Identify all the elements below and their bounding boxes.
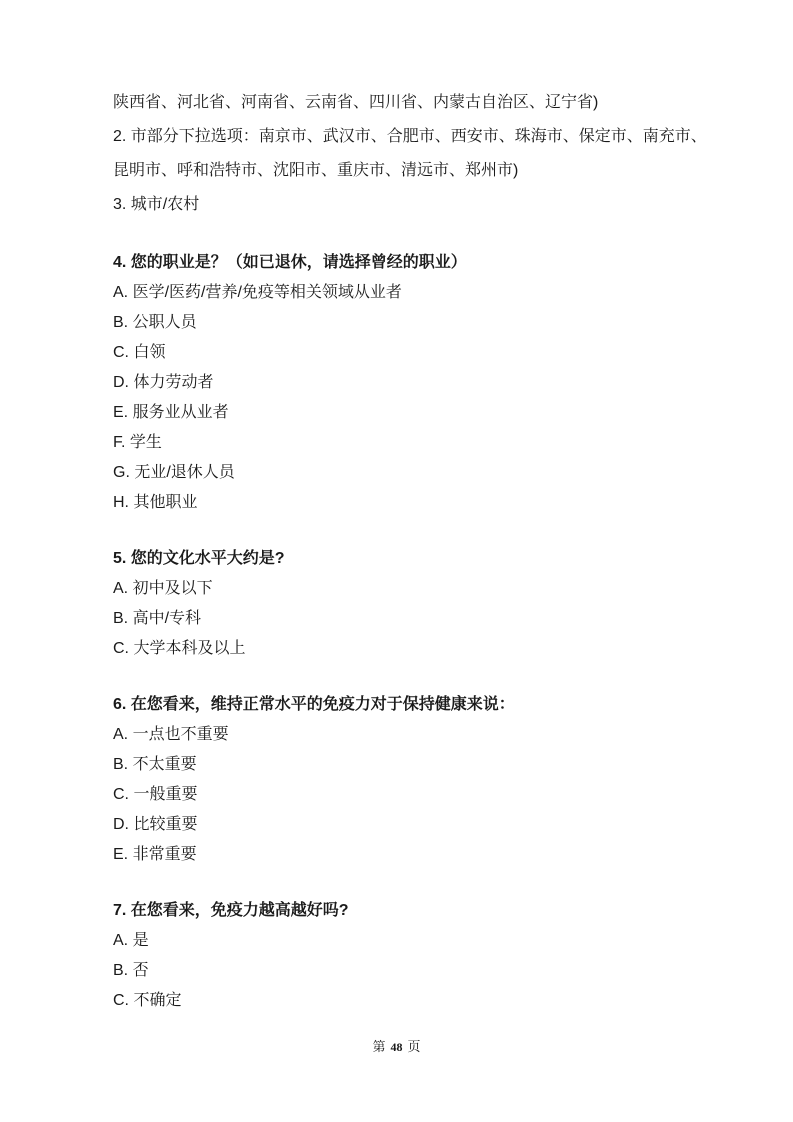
question-title: 5. 您的文化水平大约是? [113, 544, 737, 574]
page-footer: 第48页 [0, 1036, 793, 1055]
question-option: E. 服务业从业者 [113, 398, 737, 428]
question-option: B. 公职人员 [113, 308, 737, 338]
question-option: G. 无业/退休人员 [113, 458, 737, 488]
text-line: 陕西省、河北省、河南省、云南省、四川省、内蒙古自治区、辽宁省) [113, 86, 737, 120]
question-option: A. 是 [113, 926, 737, 956]
question-option: F. 学生 [113, 428, 737, 458]
question-option: C. 白领 [113, 338, 737, 368]
question-option: E. 非常重要 [113, 840, 737, 870]
question-option: B. 高中/专科 [113, 604, 737, 634]
question-title: 7. 在您看来，免疫力越高越好吗? [113, 896, 737, 926]
page-number: 48 [391, 1040, 403, 1054]
question-title: 4. 您的职业是？（如已退休，请选择曾经的职业） [113, 248, 737, 278]
question-block-4: 4. 您的职业是？（如已退休，请选择曾经的职业） A. 医学/医药/营养/免疫等… [113, 248, 737, 518]
page-number-suffix: 页 [408, 1039, 421, 1054]
question-option: D. 体力劳动者 [113, 368, 737, 398]
question-option: A. 一点也不重要 [113, 720, 737, 750]
text-line: 昆明市、呼和浩特市、沈阳市、重庆市、清远市、郑州市) [113, 154, 737, 188]
document-content: 陕西省、河北省、河南省、云南省、四川省、内蒙古自治区、辽宁省) 2. 市部分下拉… [113, 86, 737, 1016]
document-page: 陕西省、河北省、河南省、云南省、四川省、内蒙古自治区、辽宁省) 2. 市部分下拉… [0, 0, 793, 1122]
question-block-6: 6. 在您看来，维持正常水平的免疫力对于保持健康来说： A. 一点也不重要 B.… [113, 690, 737, 870]
question-title: 6. 在您看来，维持正常水平的免疫力对于保持健康来说： [113, 690, 737, 720]
text-line: 2. 市部分下拉选项：南京市、武汉市、合肥市、西安市、珠海市、保定市、南充市、 [113, 120, 737, 154]
question-block-7: 7. 在您看来，免疫力越高越好吗? A. 是 B. 否 C. 不确定 [113, 896, 737, 1016]
question-option: B. 不太重要 [113, 750, 737, 780]
question-option: H. 其他职业 [113, 488, 737, 518]
question-block-5: 5. 您的文化水平大约是? A. 初中及以下 B. 高中/专科 C. 大学本科及… [113, 544, 737, 664]
question-option: A. 初中及以下 [113, 574, 737, 604]
question-option: D. 比较重要 [113, 810, 737, 840]
question-option: B. 否 [113, 956, 737, 986]
question-option: C. 不确定 [113, 986, 737, 1016]
text-line: 3. 城市/农村 [113, 188, 737, 222]
question-option: C. 大学本科及以上 [113, 634, 737, 664]
question-option: C. 一般重要 [113, 780, 737, 810]
question-option: A. 医学/医药/营养/免疫等相关领域从业者 [113, 278, 737, 308]
page-number-prefix: 第 [372, 1039, 385, 1054]
